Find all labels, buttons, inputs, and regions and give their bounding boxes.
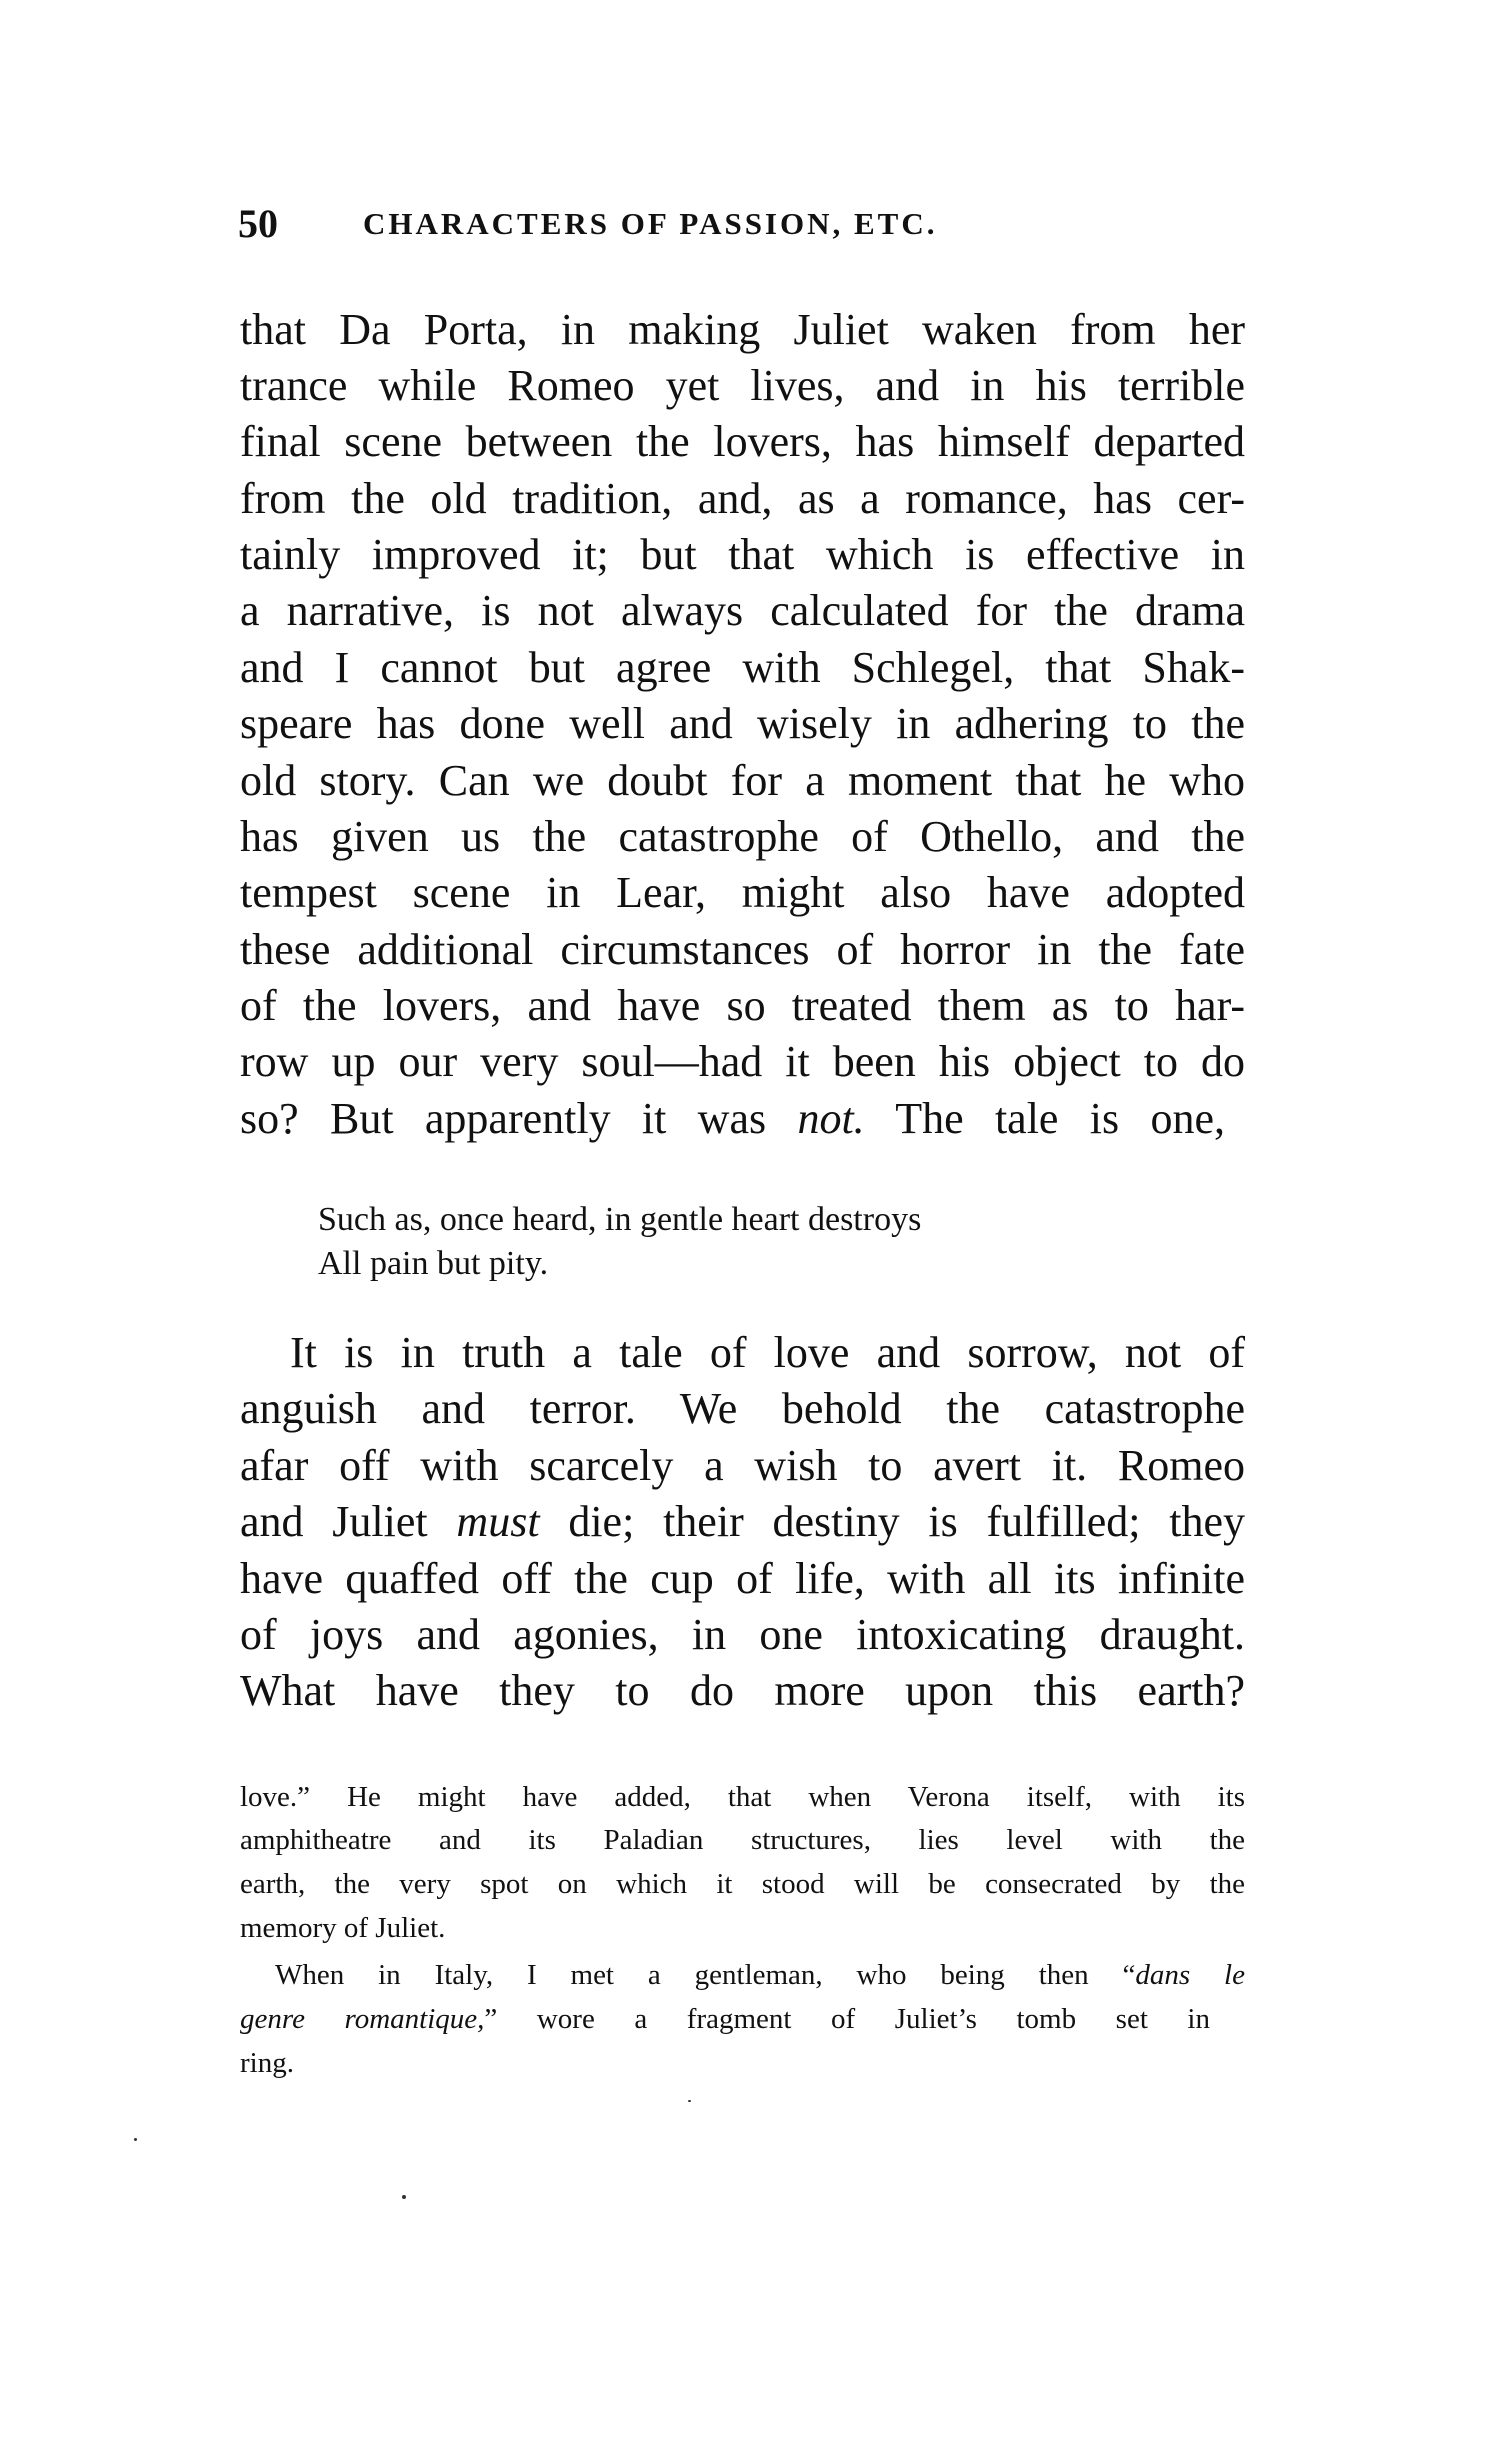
book-page: 50 CHARACTERS OF PASSION, ETC. that Da P… xyxy=(0,0,1500,2455)
page-number: 50 xyxy=(238,200,278,247)
text-line: old story. Can we doubt for a moment tha… xyxy=(240,756,1245,806)
text-span: ” wore a fragment of Juliet’s tomb set i… xyxy=(484,2003,1210,2035)
emphasis-text: not. xyxy=(797,1094,864,1143)
running-title: CHARACTERS OF PASSION, ETC. xyxy=(363,206,938,242)
text-span: and Juliet xyxy=(240,1497,456,1546)
text-span: die; their destiny is fulfilled; they xyxy=(540,1497,1245,1546)
text-line: these additional circumstances of horror… xyxy=(240,925,1245,975)
text-line: has given us the catastrophe of Othello,… xyxy=(240,812,1245,862)
emphasis-text: genre romantique, xyxy=(240,2003,484,2035)
running-head: 50 CHARACTERS OF PASSION, ETC. xyxy=(238,200,1248,250)
text-span: so? But apparently it was xyxy=(240,1094,797,1143)
scan-speck xyxy=(688,2100,691,2102)
footnote-line: genre romantique,” wore a fragment of Ju… xyxy=(240,2001,1210,2037)
text-span: When in Italy, I met a gentleman, who be… xyxy=(275,1959,1135,1991)
text-line: from the old tradition, and, as a romanc… xyxy=(240,474,1245,524)
text-line: tempest scene in Lear, might also have a… xyxy=(240,868,1245,918)
emphasis-text: dans le xyxy=(1135,1959,1245,1991)
text-line: afar off with scarcely a wish to avert i… xyxy=(240,1441,1245,1491)
text-line: final scene between the lovers, has hims… xyxy=(240,417,1245,467)
footnote-line: ring. xyxy=(240,2045,1245,2081)
footnote-line: memory of Juliet. xyxy=(240,1910,1245,1946)
scan-speck xyxy=(402,2195,406,2199)
text-line: trance while Romeo yet lives, and in his… xyxy=(240,361,1245,411)
text-line: of joys and agonies, in one intoxicating… xyxy=(240,1610,1245,1660)
footnote-line: love.” He might have added, that when Ve… xyxy=(240,1779,1245,1815)
verse-line: Such as, once heard, in gentle heart des… xyxy=(318,1198,921,1242)
footnote-line: When in Italy, I met a gentleman, who be… xyxy=(275,1957,1245,1993)
text-line: and I cannot but agree with Schlegel, th… xyxy=(240,643,1245,693)
text-line: so? But apparently it was not. The tale … xyxy=(240,1094,1225,1144)
text-line: It is in truth a tale of love and sorrow… xyxy=(290,1328,1245,1378)
text-line: and Juliet must die; their destiny is fu… xyxy=(240,1497,1245,1547)
text-line: a narrative, is not always calculated fo… xyxy=(240,586,1245,636)
emphasis-text: must xyxy=(456,1497,539,1546)
text-line: What have they to do more upon this eart… xyxy=(240,1666,1245,1716)
scan-speck xyxy=(134,2138,137,2141)
text-line: anguish and terror. We behold the catast… xyxy=(240,1384,1245,1434)
verse-line: All pain but pity. xyxy=(318,1242,548,1286)
footnote-line: earth, the very spot on which it stood w… xyxy=(240,1866,1245,1902)
text-span: The tale is one, xyxy=(865,1094,1225,1143)
footnote-line: amphitheatre and its Paladian structures… xyxy=(240,1822,1245,1858)
text-line: speare has done well and wisely in adher… xyxy=(240,699,1245,749)
text-line: tainly improved it; but that which is ef… xyxy=(240,530,1245,580)
text-line: row up our very soul—had it been his obj… xyxy=(240,1037,1245,1087)
text-line: that Da Porta, in making Juliet waken fr… xyxy=(240,305,1245,355)
text-line: of the lovers, and have so treated them … xyxy=(240,981,1245,1031)
text-line: have quaffed off the cup of life, with a… xyxy=(240,1554,1245,1604)
